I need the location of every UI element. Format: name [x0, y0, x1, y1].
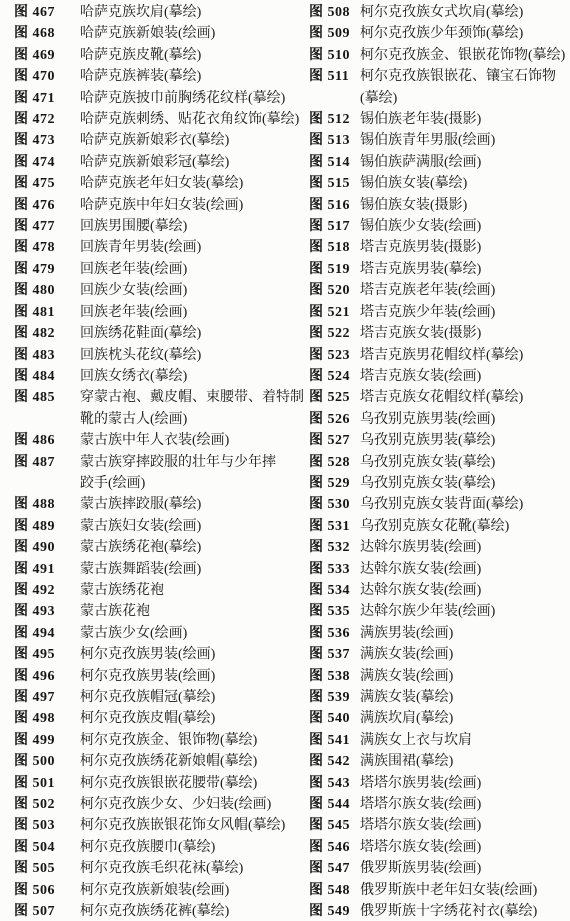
figure-entry: 图 487蒙古族穿摔跤服的壮年与少年摔 跤手(绘画): [14, 452, 285, 495]
figure-caption: 哈萨克族坎肩(摹绘): [80, 2, 201, 23]
figure-number: 图 531: [309, 516, 360, 537]
figure-entry: 图 505柯尔克孜族毛织花袜(摹绘): [14, 858, 285, 879]
figure-entry: 图 540满族坎肩(摹绘): [309, 708, 570, 729]
figure-caption: 达斡尔族女装(绘画): [360, 559, 481, 580]
figure-entry: 图 547俄罗斯族男装(绘画): [309, 858, 570, 879]
figure-caption: 柯尔克孜族金、银嵌花饰物(摹绘): [360, 45, 565, 66]
figure-entry: 图 473哈萨克族新娘彩衣(摹绘): [14, 130, 285, 151]
figure-entry: 图 530乌孜别克族女装背面(摹绘): [309, 494, 570, 515]
figure-caption: 柯尔克孜族银嵌花、镶宝石饰物 (摹绘): [360, 66, 556, 109]
figure-entry: 图 539满族女装(摹绘): [309, 687, 570, 708]
figure-number: 图 494: [14, 623, 80, 644]
figure-number: 图 525: [309, 387, 360, 408]
figure-caption: 满族女装(绘画): [360, 644, 453, 665]
figure-entry: 图 529乌孜别克族女装(摹绘): [309, 473, 570, 494]
figure-caption: 锡伯族女装(摄影): [360, 195, 467, 216]
figure-number: 图 539: [309, 687, 360, 708]
figure-caption: 柯尔克孜族绣花新娘帽(摹绘): [80, 751, 257, 772]
figure-entry: 图 467哈萨克族坎肩(摹绘): [14, 2, 285, 23]
figure-number: 图 486: [14, 430, 80, 451]
figure-number: 图 513: [309, 130, 360, 151]
figure-number: 图 498: [14, 708, 80, 729]
figure-number: 图 540: [309, 708, 360, 729]
figure-number: 图 504: [14, 837, 80, 858]
figure-number: 图 475: [14, 173, 80, 194]
figure-caption: 蒙古族绣花袍(摹绘): [80, 537, 201, 558]
figure-number: 图 515: [309, 173, 360, 194]
figure-number: 图 489: [14, 516, 80, 537]
figure-entry: 图 546塔塔尔族女装(绘画): [309, 837, 570, 858]
figure-entry: 图 523塔吉克族男花帽纹样(摹绘): [309, 345, 570, 366]
figure-entry: 图 518塔吉克族男装(摄影): [309, 237, 570, 258]
figure-number: 图 533: [309, 559, 360, 580]
figure-number: 图 514: [309, 152, 360, 173]
figure-caption: 回族青年男装(绘画): [80, 237, 201, 258]
figure-number: 图 503: [14, 815, 80, 836]
figure-caption: 蒙古族妇女装(绘画): [80, 516, 201, 537]
figure-caption: 俄罗斯族十字绣花衬衣(摹绘): [360, 901, 537, 921]
figure-entry: 图 538满族女装(绘画): [309, 666, 570, 687]
figure-entry: 图 488蒙古族摔跤服(摹绘): [14, 494, 285, 515]
figure-entry: 图 495柯尔克孜族男装(绘画): [14, 644, 285, 665]
figure-entry: 图 494蒙古族少女(绘画): [14, 623, 285, 644]
figure-entry: 图 534达斡尔族女装(绘画): [309, 580, 570, 601]
figure-number: 图 536: [309, 623, 360, 644]
figure-caption: 蒙古族花袍: [80, 601, 150, 622]
figure-caption: 哈萨克族新娘彩衣(摹绘): [80, 130, 229, 151]
figure-number: 图 519: [309, 259, 360, 280]
figure-number: 图 490: [14, 537, 80, 558]
figure-caption: 锡伯族青年男服(绘画): [360, 130, 495, 151]
figure-caption: 达斡尔族男装(绘画): [360, 537, 481, 558]
figure-number: 图 493: [14, 601, 80, 622]
figure-caption: 回族枕头花纹(摹绘): [80, 345, 201, 366]
figure-number: 图 491: [14, 559, 80, 580]
figure-number: 图 524: [309, 366, 360, 387]
figure-entry: 图 513锡伯族青年男服(绘画): [309, 130, 570, 151]
figure-entry: 图 525塔吉克族女花帽纹样(摹绘): [309, 387, 570, 408]
figure-number: 图 528: [309, 452, 360, 473]
figure-number: 图 495: [14, 644, 80, 665]
figure-entry: 图 472哈萨克族刺绣、贴花衣角纹饰(摹绘): [14, 109, 285, 130]
figure-entry: 图 537满族女装(绘画): [309, 644, 570, 665]
figure-number: 图 535: [309, 601, 360, 622]
figure-entry: 图 483回族枕头花纹(摹绘): [14, 345, 285, 366]
figure-number: 图 527: [309, 430, 360, 451]
figure-caption: 锡伯族老年装(摄影): [360, 109, 481, 130]
figure-number: 图 470: [14, 66, 80, 87]
figure-entry: 图 549俄罗斯族十字绣花衬衣(摹绘): [309, 901, 570, 921]
figure-caption: 塔塔尔族女装(绘画): [360, 815, 481, 836]
figure-number: 图 517: [309, 216, 360, 237]
figure-caption: 乌孜别克族女装(摹绘): [360, 452, 495, 473]
figure-number: 图 542: [309, 751, 360, 772]
figure-caption: 蒙古族摔跤服(摹绘): [80, 494, 201, 515]
figure-entry: 图 511柯尔克孜族银嵌花、镶宝石饰物 (摹绘): [309, 66, 570, 109]
figure-entry: 图 508柯尔克孜族女式坎肩(摹绘): [309, 2, 570, 23]
figure-caption: 柯尔克孜族男装(绘画): [80, 666, 215, 687]
figure-caption: 塔吉克族少年装(绘画): [360, 302, 495, 323]
figure-entry: 图 528乌孜别克族女装(摹绘): [309, 452, 570, 473]
figure-index-page: 图 467哈萨克族坎肩(摹绘)图 468哈萨克族新娘装(绘画)图 469哈萨克族…: [0, 0, 570, 921]
figure-number: 图 499: [14, 730, 80, 751]
figure-caption: 满族女上衣与坎肩: [360, 730, 472, 751]
figure-entry: 图 469哈萨克族皮靴(摹绘): [14, 45, 285, 66]
figure-number: 图 497: [14, 687, 80, 708]
figure-number: 图 529: [309, 473, 360, 494]
figure-entry: 图 474哈萨克族新娘彩冠(摹绘): [14, 152, 285, 173]
figure-caption: 回族少女装(绘画): [80, 280, 187, 301]
figure-entry: 图 516锡伯族女装(摄影): [309, 195, 570, 216]
figure-caption: 满族女装(绘画): [360, 666, 453, 687]
figure-caption: 哈萨克族裤装(摹绘): [80, 66, 201, 87]
figure-entry: 图 498柯尔克孜族皮帽(摹绘): [14, 708, 285, 729]
figure-entry: 图 482回族绣花鞋面(摹绘): [14, 323, 285, 344]
figure-entry: 图 542满族围裙(摹绘): [309, 751, 570, 772]
figure-caption: 柯尔克孜族绣花裤(摹绘): [80, 901, 229, 921]
figure-entry: 图 500柯尔克孜族绣花新娘帽(摹绘): [14, 751, 285, 772]
figure-number: 图 500: [14, 751, 80, 772]
figure-caption: 柯尔克孜族帽冠(摹绘): [80, 687, 215, 708]
figure-caption: 穿蒙古袍、戴皮帽、束腰带、着特制 靴的蒙古人(绘画): [80, 387, 304, 430]
figure-number: 图 547: [309, 858, 360, 879]
figure-number: 图 468: [14, 23, 80, 44]
figure-entry: 图 491蒙古族舞蹈装(绘画): [14, 559, 285, 580]
figure-entry: 图 509柯尔克孜族少年颈饰(摹绘): [309, 23, 570, 44]
figure-caption: 回族男围腰(摹绘): [80, 216, 187, 237]
figure-entry: 图 521塔吉克族少年装(绘画): [309, 302, 570, 323]
figure-entry: 图 533达斡尔族女装(绘画): [309, 559, 570, 580]
figure-entry: 图 522塔吉克族女装(摄影): [309, 323, 570, 344]
figure-number: 图 510: [309, 45, 360, 66]
figure-entry: 图 471哈萨克族披巾前胸绣花纹样(摹绘): [14, 88, 285, 109]
figure-entry: 图 548俄罗斯族中老年妇女装(绘画): [309, 880, 570, 901]
figure-caption: 柯尔克孜族男装(绘画): [80, 644, 215, 665]
figure-caption: 塔吉克族男装(摄影): [360, 237, 481, 258]
figure-number: 图 481: [14, 302, 80, 323]
figure-number: 图 548: [309, 880, 360, 901]
figure-entry: 图 514锡伯族萨满服(绘画): [309, 152, 570, 173]
figure-number: 图 471: [14, 88, 80, 109]
figure-entry: 图 502柯尔克孜族少女、少妇装(绘画): [14, 794, 285, 815]
figure-entry: 图 520塔吉克族老年装(绘画): [309, 280, 570, 301]
figure-number: 图 538: [309, 666, 360, 687]
figure-caption: 哈萨克族新娘彩冠(摹绘): [80, 152, 229, 173]
figure-entry: 图 517锡伯族少女装(绘画): [309, 216, 570, 237]
figure-entry: 图 510柯尔克孜族金、银嵌花饰物(摹绘): [309, 45, 570, 66]
figure-number: 图 506: [14, 880, 80, 901]
figure-number: 图 483: [14, 345, 80, 366]
figure-caption: 塔吉克族女花帽纹样(摹绘): [360, 387, 523, 408]
figure-entry: 图 485穿蒙古袍、戴皮帽、束腰带、着特制 靴的蒙古人(绘画): [14, 387, 285, 430]
figure-caption: 柯尔克孜族银嵌花腰带(摹绘): [80, 773, 257, 794]
figure-number: 图 511: [309, 66, 360, 87]
figure-caption: 锡伯族女装(摹绘): [360, 173, 467, 194]
figure-entry: 图 470哈萨克族裤装(摹绘): [14, 66, 285, 87]
figure-number: 图 492: [14, 580, 80, 601]
figure-number: 图 476: [14, 195, 80, 216]
figure-entry: 图 493蒙古族花袍: [14, 601, 285, 622]
figure-caption: 蒙古族舞蹈装(绘画): [80, 559, 201, 580]
figure-caption: 蒙古族绣花袍: [80, 580, 164, 601]
figure-caption: 柯尔克孜族少女、少妇装(绘画): [80, 794, 271, 815]
figure-number: 图 480: [14, 280, 80, 301]
figure-caption: 哈萨克族老年妇女装(摹绘): [80, 173, 243, 194]
figure-caption: 回族绣花鞋面(摹绘): [80, 323, 201, 344]
figure-caption: 锡伯族少女装(绘画): [360, 216, 481, 237]
figure-number: 图 502: [14, 794, 80, 815]
figure-entry: 图 486蒙古族中年人衣装(绘画): [14, 430, 285, 451]
figure-number: 图 508: [309, 2, 360, 23]
figure-number: 图 526: [309, 409, 360, 430]
figure-entry: 图 476哈萨克族中年妇女装(绘画): [14, 195, 285, 216]
figure-list-column-right: 图 508柯尔克孜族女式坎肩(摹绘)图 509柯尔克孜族少年颈饰(摹绘)图 51…: [285, 2, 570, 921]
figure-caption: 柯尔克孜族女式坎肩(摹绘): [360, 2, 523, 23]
figure-entry: 图 526乌孜别克族男装(绘画): [309, 409, 570, 430]
figure-entry: 图 489蒙古族妇女装(绘画): [14, 516, 285, 537]
figure-caption: 柯尔克孜族新娘装(绘画): [80, 880, 229, 901]
figure-number: 图 522: [309, 323, 360, 344]
figure-caption: 塔塔尔族女装(绘画): [360, 794, 481, 815]
figure-caption: 哈萨克族刺绣、贴花衣角纹饰(摹绘): [80, 109, 299, 130]
figure-caption: 蒙古族穿摔跤服的壮年与少年摔 跤手(绘画): [80, 452, 276, 495]
figure-caption: 达斡尔族少年装(绘画): [360, 601, 495, 622]
figure-caption: 锡伯族萨满服(绘画): [360, 152, 481, 173]
figure-caption: 塔吉克族女装(绘画): [360, 366, 481, 387]
figure-entry: 图 506柯尔克孜族新娘装(绘画): [14, 880, 285, 901]
figure-entry: 图 484回族女绣衣(摹绘): [14, 366, 285, 387]
figure-number: 图 482: [14, 323, 80, 344]
figure-entry: 图 478回族青年男装(绘画): [14, 237, 285, 258]
figure-caption: 柯尔克孜族金、银饰物(摹绘): [80, 730, 257, 751]
figure-entry: 图 532达斡尔族男装(绘画): [309, 537, 570, 558]
figure-caption: 乌孜别克族男装(绘画): [360, 409, 495, 430]
figure-entry: 图 512锡伯族老年装(摄影): [309, 109, 570, 130]
figure-entry: 图 524塔吉克族女装(绘画): [309, 366, 570, 387]
figure-entry: 图 481回族老年装(绘画): [14, 302, 285, 323]
figure-entry: 图 490蒙古族绣花袍(摹绘): [14, 537, 285, 558]
figure-caption: 俄罗斯族中老年妇女装(绘画): [360, 880, 537, 901]
figure-entry: 图 541满族女上衣与坎肩: [309, 730, 570, 751]
figure-number: 图 534: [309, 580, 360, 601]
figure-caption: 乌孜别克族男装(摹绘): [360, 430, 495, 451]
figure-caption: 满族女装(摹绘): [360, 687, 453, 708]
figure-number: 图 488: [14, 494, 80, 515]
figure-caption: 塔吉克族男装(摹绘): [360, 259, 481, 280]
figure-entry: 图 496柯尔克孜族男装(绘画): [14, 666, 285, 687]
figure-caption: 哈萨克族新娘装(绘画): [80, 23, 215, 44]
figure-entry: 图 535达斡尔族少年装(绘画): [309, 601, 570, 622]
figure-number: 图 530: [309, 494, 360, 515]
figure-entry: 图 468哈萨克族新娘装(绘画): [14, 23, 285, 44]
figure-number: 图 484: [14, 366, 80, 387]
figure-entry: 图 543塔塔尔族男装(绘画): [309, 773, 570, 794]
figure-number: 图 518: [309, 237, 360, 258]
figure-caption: 哈萨克族皮靴(摹绘): [80, 45, 201, 66]
figure-entry: 图 544塔塔尔族女装(绘画): [309, 794, 570, 815]
figure-caption: 俄罗斯族男装(绘画): [360, 858, 481, 879]
figure-number: 图 478: [14, 237, 80, 258]
figure-number: 图 487: [14, 452, 80, 473]
figure-number: 图 485: [14, 387, 80, 408]
figure-number: 图 477: [14, 216, 80, 237]
figure-number: 图 546: [309, 837, 360, 858]
figure-caption: 柯尔克孜族毛织花袜(摹绘): [80, 858, 243, 879]
figure-caption: 塔吉克族男花帽纹样(摹绘): [360, 345, 523, 366]
figure-number: 图 479: [14, 259, 80, 280]
figure-caption: 塔塔尔族女装(绘画): [360, 837, 481, 858]
figure-entry: 图 507柯尔克孜族绣花裤(摹绘): [14, 901, 285, 921]
figure-number: 图 473: [14, 130, 80, 151]
figure-number: 图 532: [309, 537, 360, 558]
figure-caption: 柯尔克孜族皮帽(摹绘): [80, 708, 215, 729]
figure-caption: 柯尔克孜族少年颈饰(摹绘): [360, 23, 523, 44]
figure-number: 图 523: [309, 345, 360, 366]
figure-caption: 哈萨克族中年妇女装(绘画): [80, 195, 243, 216]
figure-caption: 回族女绣衣(摹绘): [80, 366, 187, 387]
figure-list-column-left: 图 467哈萨克族坎肩(摹绘)图 468哈萨克族新娘装(绘画)图 469哈萨克族…: [0, 2, 285, 921]
figure-number: 图 507: [14, 901, 80, 921]
figure-caption: 达斡尔族女装(绘画): [360, 580, 481, 601]
figure-caption: 乌孜别克族女花靴(摹绘): [360, 516, 509, 537]
figure-caption: 满族男装(绘画): [360, 623, 453, 644]
figure-entry: 图 536满族男装(绘画): [309, 623, 570, 644]
figure-entry: 图 515锡伯族女装(摹绘): [309, 173, 570, 194]
figure-number: 图 520: [309, 280, 360, 301]
figure-number: 图 545: [309, 815, 360, 836]
figure-number: 图 521: [309, 302, 360, 323]
figure-number: 图 496: [14, 666, 80, 687]
figure-entry: 图 475哈萨克族老年妇女装(摹绘): [14, 173, 285, 194]
figure-caption: 满族坎肩(摹绘): [360, 708, 453, 729]
figure-entry: 图 492蒙古族绣花袍: [14, 580, 285, 601]
figure-number: 图 509: [309, 23, 360, 44]
figure-caption: 蒙古族少女(绘画): [80, 623, 187, 644]
figure-caption: 哈萨克族披巾前胸绣花纹样(摹绘): [80, 88, 285, 109]
figure-number: 图 469: [14, 45, 80, 66]
figure-caption: 回族老年装(绘画): [80, 302, 187, 323]
figure-number: 图 516: [309, 195, 360, 216]
figure-entry: 图 519塔吉克族男装(摹绘): [309, 259, 570, 280]
figure-number: 图 505: [14, 858, 80, 879]
figure-caption: 回族老年装(绘画): [80, 259, 187, 280]
figure-number: 图 537: [309, 644, 360, 665]
figure-number: 图 472: [14, 109, 80, 130]
figure-entry: 图 479回族老年装(绘画): [14, 259, 285, 280]
figure-caption: 乌孜别克族女装背面(摹绘): [360, 494, 523, 515]
figure-number: 图 467: [14, 2, 80, 23]
figure-number: 图 544: [309, 794, 360, 815]
figure-entry: 图 501柯尔克孜族银嵌花腰带(摹绘): [14, 773, 285, 794]
figure-caption: 塔吉克族老年装(绘画): [360, 280, 495, 301]
figure-caption: 蒙古族中年人衣装(绘画): [80, 430, 229, 451]
figure-caption: 柯尔克孜族嵌银花饰女风帽(摹绘): [80, 815, 285, 836]
figure-entry: 图 531乌孜别克族女花靴(摹绘): [309, 516, 570, 537]
figure-entry: 图 503柯尔克孜族嵌银花饰女风帽(摹绘): [14, 815, 285, 836]
figure-caption: 柯尔克孜族腰巾(摹绘): [80, 837, 215, 858]
figure-number: 图 543: [309, 773, 360, 794]
figure-entry: 图 545塔塔尔族女装(绘画): [309, 815, 570, 836]
figure-entry: 图 504柯尔克孜族腰巾(摹绘): [14, 837, 285, 858]
figure-entry: 图 527乌孜别克族男装(摹绘): [309, 430, 570, 451]
figure-caption: 满族围裙(摹绘): [360, 751, 453, 772]
figure-number: 图 474: [14, 152, 80, 173]
figure-entry: 图 499柯尔克孜族金、银饰物(摹绘): [14, 730, 285, 751]
figure-number: 图 501: [14, 773, 80, 794]
figure-caption: 塔塔尔族男装(绘画): [360, 773, 481, 794]
figure-number: 图 512: [309, 109, 360, 130]
figure-entry: 图 480回族少女装(绘画): [14, 280, 285, 301]
figure-caption: 塔吉克族女装(摄影): [360, 323, 481, 344]
figure-number: 图 549: [309, 901, 360, 921]
figure-entry: 图 477回族男围腰(摹绘): [14, 216, 285, 237]
figure-caption: 乌孜别克族女装(摹绘): [360, 473, 495, 494]
figure-entry: 图 497柯尔克孜族帽冠(摹绘): [14, 687, 285, 708]
figure-number: 图 541: [309, 730, 360, 751]
